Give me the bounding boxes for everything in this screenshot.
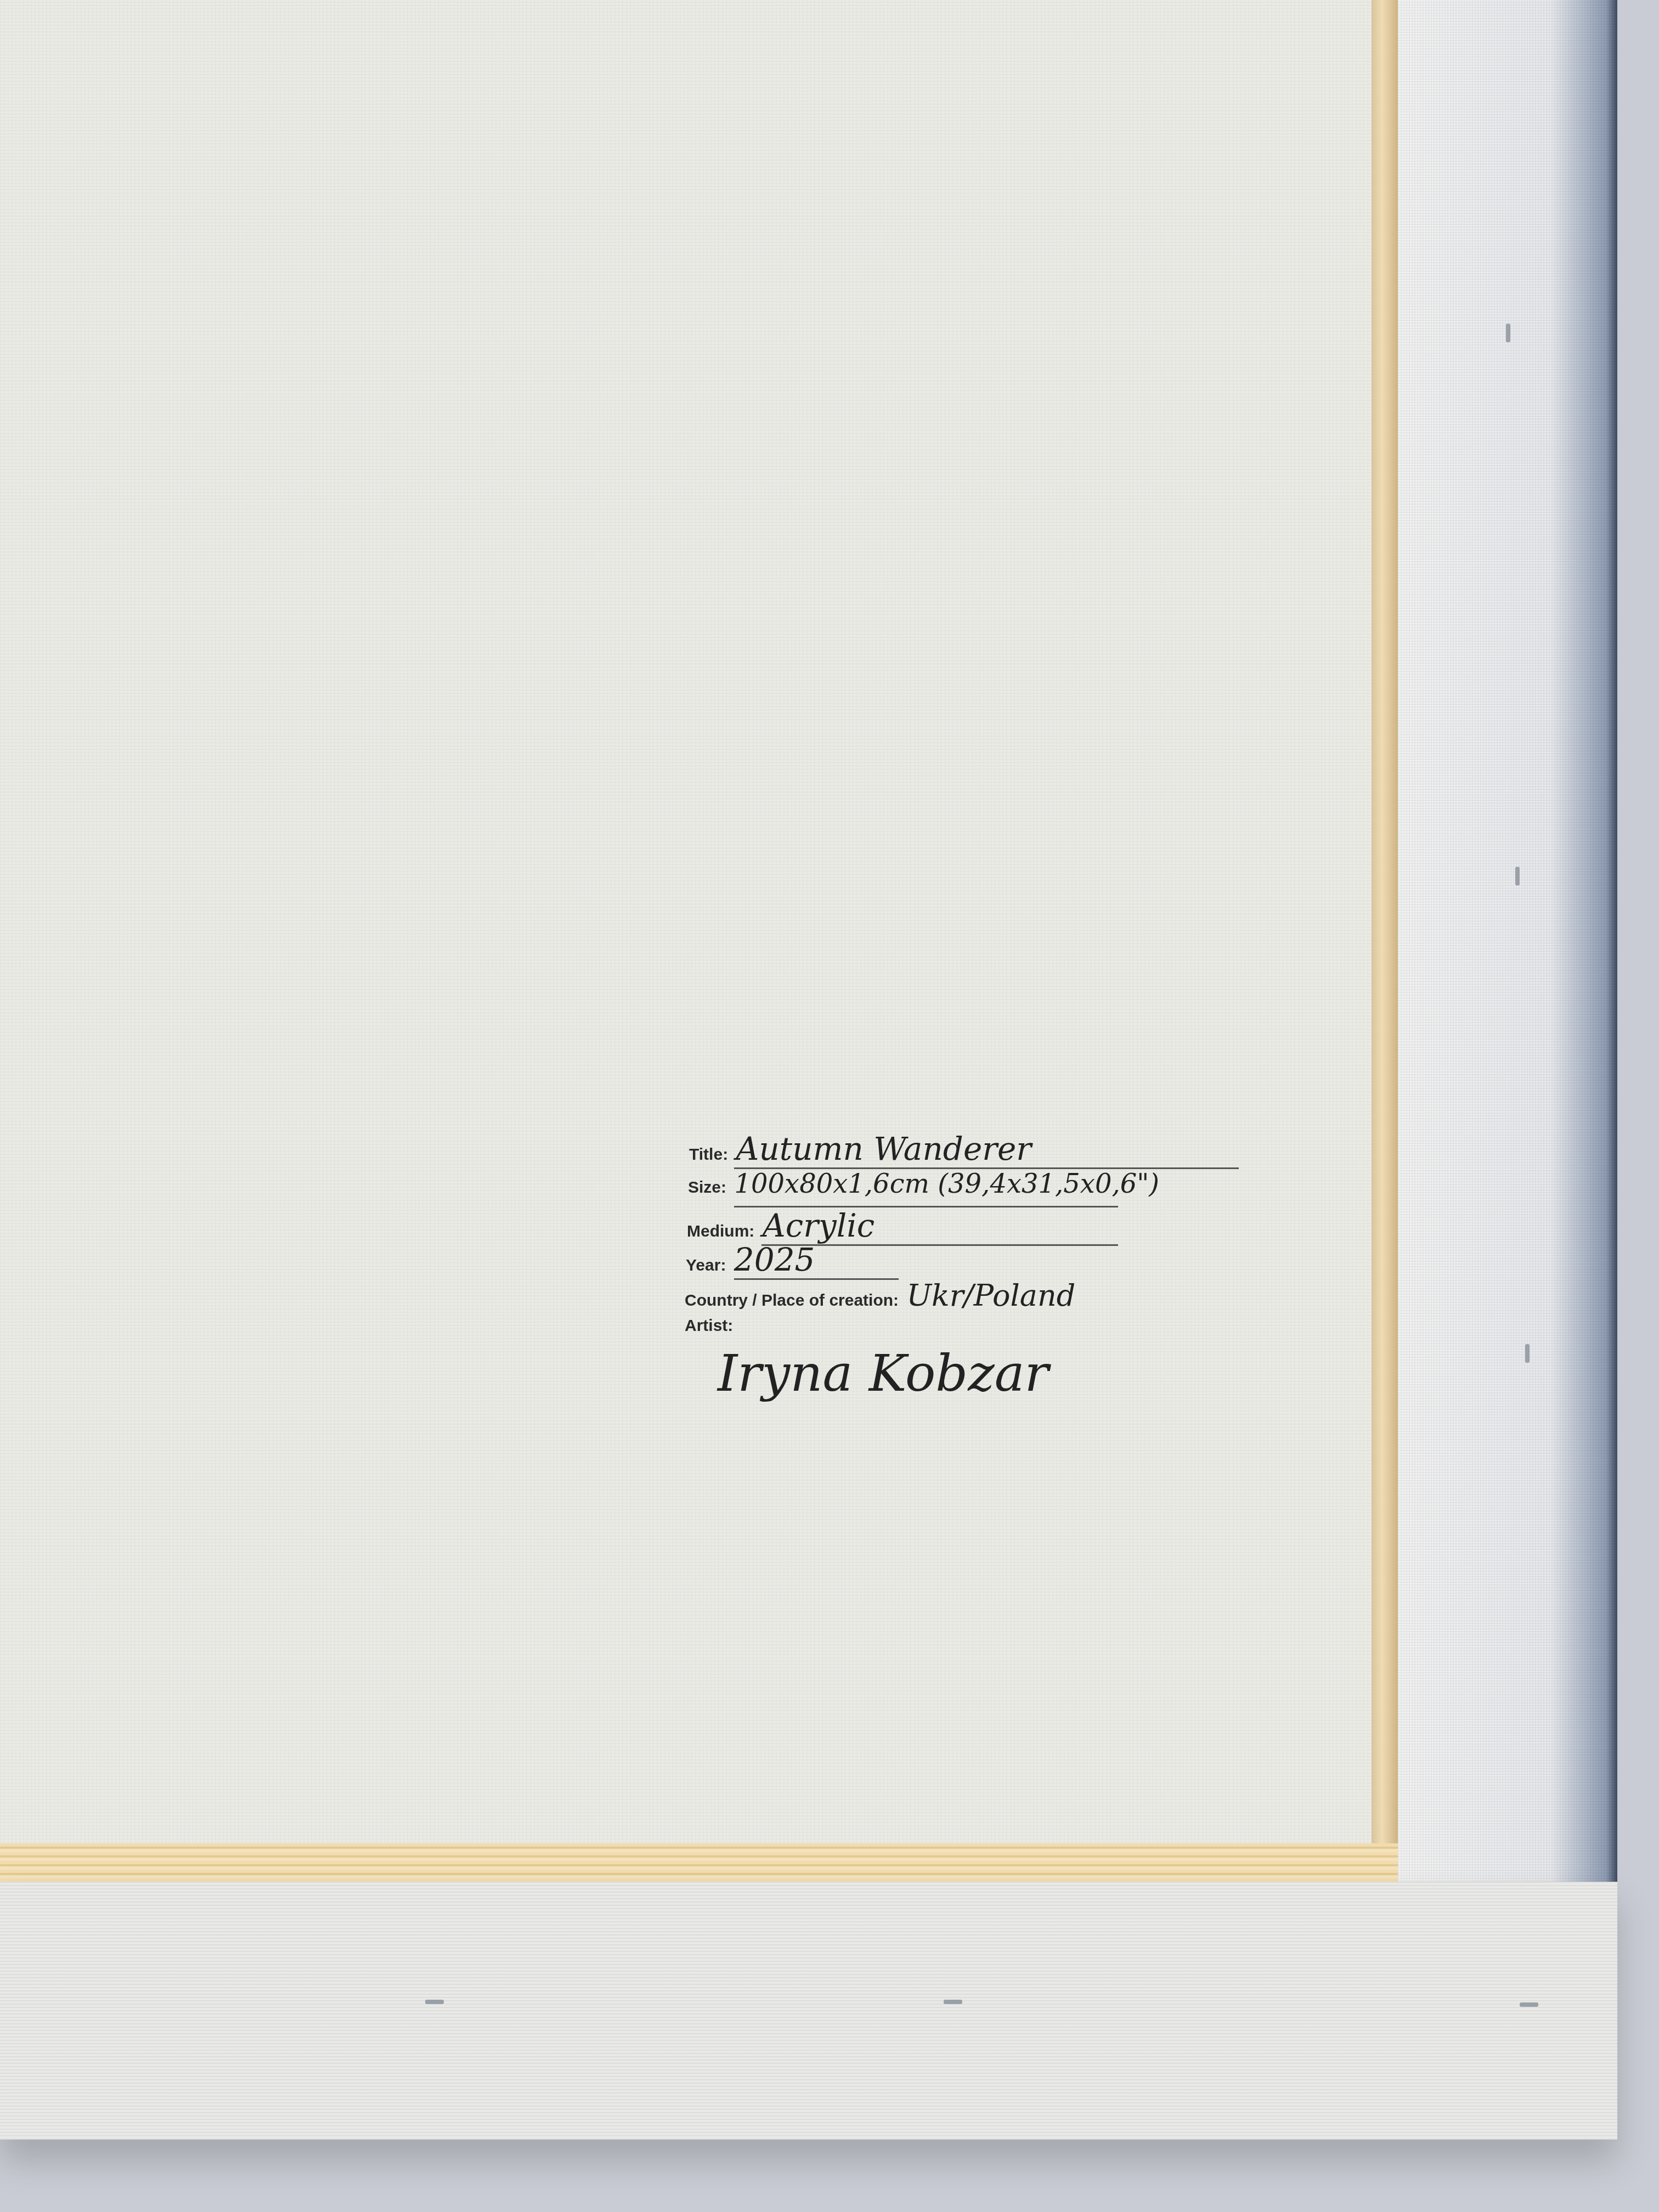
staple-icon: [944, 2000, 962, 2004]
staple-icon: [1506, 324, 1510, 342]
artwork-label: Title: Autumn Wanderer Size: 100x80x1,6c…: [685, 1119, 1288, 1426]
staple-icon: [425, 2000, 444, 2004]
staple-icon: [1520, 2002, 1538, 2007]
canvas-fold-right: [1398, 0, 1617, 2140]
year-value: 2025: [734, 1241, 815, 1278]
stretcher-bar-right: [1372, 0, 1398, 1876]
medium-value: Acrylic: [763, 1207, 874, 1244]
stretcher-bar-bottom: [0, 1843, 1398, 1882]
label-country-row: Country / Place of creation: Ukr/Poland: [685, 1278, 1075, 1313]
label-year-row: Year: 2025: [686, 1241, 815, 1278]
canvas-fold-bottom: [0, 1882, 1617, 2140]
title-value: Autumn Wanderer: [736, 1130, 1031, 1167]
country-value: Ukr/Poland: [907, 1278, 1076, 1313]
label-title-row: Title: Autumn Wanderer: [689, 1130, 1031, 1167]
staple-icon: [1515, 867, 1520, 885]
staple-icon: [1525, 1344, 1530, 1363]
canvas-back: [0, 0, 1396, 1846]
label-medium-row: Medium: Acrylic: [687, 1207, 874, 1244]
artist-signature: Iryna Kobzar: [718, 1344, 1048, 1403]
label-size-row: Size: 100x80x1,6cm (39,4x31,5x0,6"): [688, 1169, 1159, 1199]
size-value: 100x80x1,6cm (39,4x31,5x0,6"): [734, 1169, 1159, 1199]
divider: [761, 1244, 1118, 1246]
label-artist-row: Artist:: [685, 1317, 733, 1335]
